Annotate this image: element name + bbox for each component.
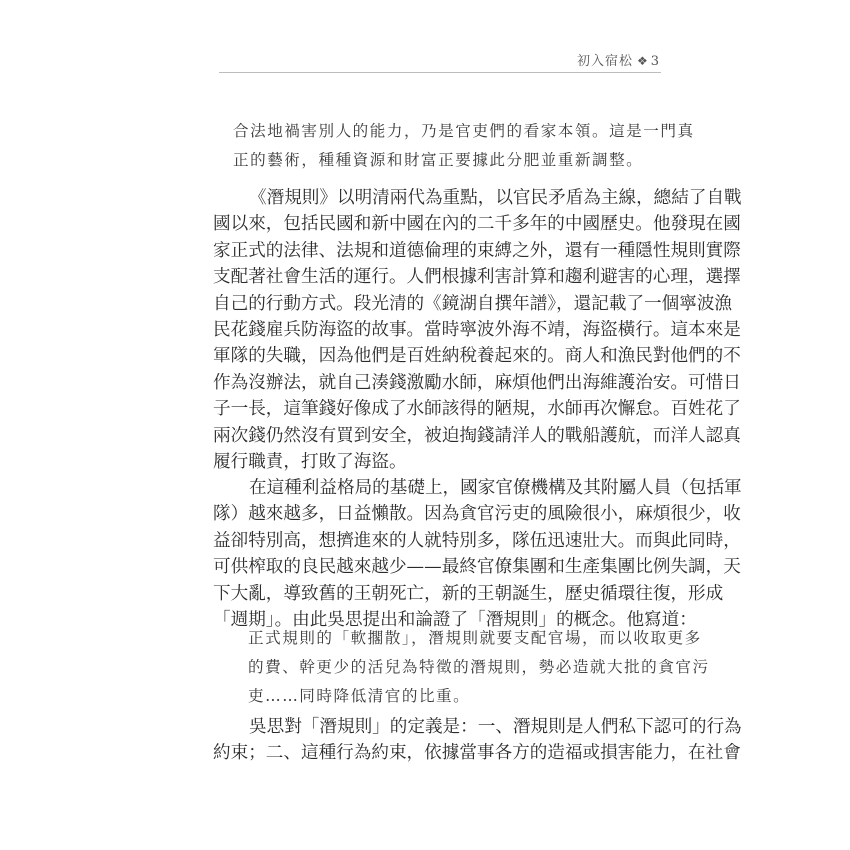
text-line: 可供榨取的良民越來越少——最終官僚集團和生產集團比例失調，天	[213, 554, 661, 580]
text-line: 吳思對「潛規則」的定義是：一、潛規則是人們私下認可的行為	[213, 714, 661, 740]
block-quote-1: 合法地禍害別人的能力，乃是官吏們的看家本領。這是一門真 正的藝術，種種資源和財富…	[233, 117, 661, 175]
paragraph-1: 《潛規則》以明清兩代為重點，以官民矛盾為主線，總結了自戰 國以來，包括民國和新中…	[213, 185, 661, 475]
quote-line: 正式規則的「軟擱散」，潛規則就要支配官場，而以收取更多	[248, 624, 661, 653]
book-page: 初入宿松❖3 合法地禍害別人的能力，乃是官吏們的看家本領。這是一門真 正的藝術，…	[0, 0, 850, 850]
text-line: 作為沒辦法，就自己湊錢激勵水師，麻煩他們出海維護治安。可惜日	[213, 370, 661, 396]
paragraph-3: 吳思對「潛規則」的定義是：一、潛規則是人們私下認可的行為 約束；二、這種行為約束…	[213, 714, 661, 767]
running-head: 初入宿松❖3	[577, 50, 660, 69]
quote-line: 合法地禍害別人的能力，乃是官吏們的看家本領。這是一門真	[233, 117, 661, 146]
text-line: 子一長，這筆錢好像成了水師該得的陋規，水師再次懈怠。百姓花了	[213, 396, 661, 422]
text-line: 約束；二、這種行為約束，依據當事各方的造福或損害能力，在社會	[213, 740, 661, 766]
text-line: 下大亂，導致舊的王朝死亡，新的王朝誕生，歷史循環往復，形成	[213, 581, 661, 607]
text-line: 履行職責，打敗了海盜。	[213, 449, 661, 475]
paragraph-2: 在這種利益格局的基礎上，國家官僚機構及其附屬人員（包括軍 隊）越來越多，日益懶散…	[213, 475, 661, 633]
text-line: 軍隊的失職，因為他們是百姓納稅養起來的。商人和漁民對他們的不	[213, 343, 661, 369]
quote-line: 吏……同時降低清官的比重。	[248, 682, 661, 711]
text-line: 兩次錢仍然沒有買到安全，被迫掏錢請洋人的戰船護航，而洋人認真	[213, 423, 661, 449]
quote-line: 的費、幹更少的活兒為特徵的潛規則，勢必造就大批的貪官污	[248, 653, 661, 682]
text-line: 《潛規則》以明清兩代為重點，以官民矛盾為主線，總結了自戰	[213, 185, 661, 211]
header-rule	[219, 72, 661, 73]
quote-line: 正的藝術，種種資源和財富正要據此分肥並重新調整。	[233, 146, 661, 175]
text-line: 隊）越來越多，日益懶散。因為貪官污吏的風險很小，麻煩很少，收	[213, 501, 661, 527]
page-number: 3	[651, 54, 660, 69]
text-line: 民花錢雇兵防海盜的故事。當時寧波外海不靖，海盜橫行。這本來是	[213, 317, 661, 343]
text-line: 益卻特別高，想擠進來的人就特別多，隊伍迅速壯大。而與此同時，	[213, 528, 661, 554]
text-line: 在這種利益格局的基礎上，國家官僚機構及其附屬人員（包括軍	[213, 475, 661, 501]
text-line: 國以來，包括民國和新中國在內的二千多年的中國歷史。他發現在國	[213, 211, 661, 237]
block-quote-2: 正式規則的「軟擱散」，潛規則就要支配官場，而以收取更多 的費、幹更少的活兒為特徵…	[248, 624, 661, 711]
chapter-title: 初入宿松	[577, 54, 633, 69]
text-line: 家正式的法律、法規和道德倫理的束縛之外，還有一種隱性規則實際	[213, 238, 661, 264]
ornament-icon: ❖	[637, 54, 649, 68]
text-line: 支配著社會生活的運行。人們根據利害計算和趨利避害的心理，選擇	[213, 264, 661, 290]
text-line: 自己的行動方式。段光清的《鏡湖自撰年譜》，還記載了一個寧波漁	[213, 291, 661, 317]
